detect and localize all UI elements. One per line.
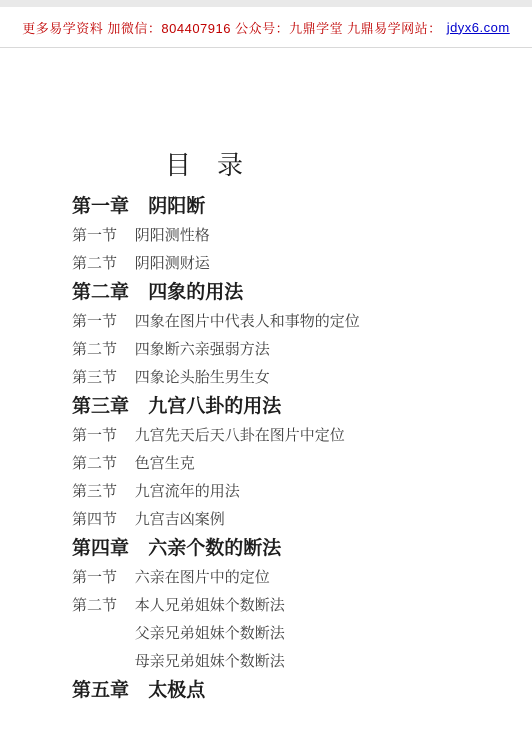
chapter-row-5: 第五章 太极点	[72, 676, 532, 706]
section-row: 第二节 本人兄弟姐妹个数断法	[72, 592, 532, 620]
chapter-title: 太极点	[148, 680, 205, 701]
section-number: 第二节	[72, 250, 131, 278]
chapter-title: 九宫八卦的用法	[148, 396, 281, 417]
section-number: 第一节	[72, 422, 131, 450]
chapter-row-4: 第四章 六亲个数的断法	[72, 534, 532, 564]
chapter-title: 六亲个数的断法	[148, 538, 281, 559]
section-row: 第三节 四象论头胎生男生女	[72, 364, 532, 392]
section-row: 第二节 四象断六亲强弱方法	[72, 336, 532, 364]
section-number: 第二节	[72, 592, 131, 620]
chapter-title: 阴阳断	[148, 196, 205, 217]
section-row: 第一节 六亲在图片中的定位	[72, 564, 532, 592]
section-row: 父亲兄弟姐妹个数断法	[72, 620, 532, 648]
section-title: 四象断六亲强弱方法	[135, 342, 270, 358]
section-title: 六亲在图片中的定位	[135, 570, 270, 586]
promo-header: 更多易学资料 加微信：804407916 公众号：九鼎学堂 九鼎易学网站： jd…	[0, 7, 532, 48]
section-title: 父亲兄弟姐妹个数断法	[135, 626, 285, 642]
toc-content: 目 录 第一章 阴阳断 第一节 阴阳测性格 第二节 阴阳测财运 第二章 四象的用…	[72, 146, 532, 706]
section-row: 第一节 四象在图片中代表人和事物的定位	[72, 308, 532, 336]
section-number: 第一节	[72, 564, 131, 592]
section-title: 色宫生克	[135, 456, 195, 472]
section-number: 第四节	[72, 506, 131, 534]
chapter-row-3: 第三章 九宫八卦的用法	[72, 392, 532, 422]
section-row: 第二节 色宫生克	[72, 450, 532, 478]
chapter-title: 四象的用法	[148, 282, 243, 303]
section-row: 第一节 九宫先天后天八卦在图片中定位	[72, 422, 532, 450]
chapter-row-1: 第一章 阴阳断	[72, 192, 532, 222]
chapter-number: 第二章	[72, 282, 129, 303]
section-row: 第一节 阴阳测性格	[72, 222, 532, 250]
section-title: 母亲兄弟姐妹个数断法	[135, 654, 285, 670]
section-number: 第二节	[72, 450, 131, 478]
section-row: 第二节 阴阳测财运	[72, 250, 532, 278]
section-number: 第一节	[72, 308, 131, 336]
section-title: 阴阳测财运	[135, 256, 210, 272]
section-row: 母亲兄弟姐妹个数断法	[72, 648, 532, 676]
chapter-row-2: 第二章 四象的用法	[72, 278, 532, 308]
section-row: 第三节 九宫流年的用法	[72, 478, 532, 506]
section-number: 第三节	[72, 478, 131, 506]
section-row: 第四节 九宫吉凶案例	[72, 506, 532, 534]
document-page: 更多易学资料 加微信：804407916 公众号：九鼎学堂 九鼎易学网站： jd…	[0, 0, 532, 734]
section-number: 第二节	[72, 336, 131, 364]
promo-website-link[interactable]: jdyx6.com	[447, 20, 510, 35]
section-title: 本人兄弟姐妹个数断法	[135, 598, 285, 614]
section-number: 第一节	[72, 222, 131, 250]
section-title: 阴阳测性格	[135, 228, 210, 244]
toc-title: 目 录	[72, 146, 336, 192]
section-number: 第三节	[72, 364, 131, 392]
section-title: 九宫先天后天八卦在图片中定位	[135, 428, 345, 444]
promo-text: 更多易学资料 加微信：804407916 公众号：九鼎学堂 九鼎易学网站：	[22, 18, 441, 37]
chapter-number: 第五章	[72, 680, 129, 701]
page-top-edge	[0, 0, 532, 7]
chapter-number: 第一章	[72, 196, 129, 217]
chapter-number: 第三章	[72, 396, 129, 417]
section-title: 四象论头胎生男生女	[135, 370, 270, 386]
chapter-number: 第四章	[72, 538, 129, 559]
section-title: 四象在图片中代表人和事物的定位	[135, 314, 360, 330]
section-title: 九宫流年的用法	[135, 484, 240, 500]
section-title: 九宫吉凶案例	[135, 512, 225, 528]
